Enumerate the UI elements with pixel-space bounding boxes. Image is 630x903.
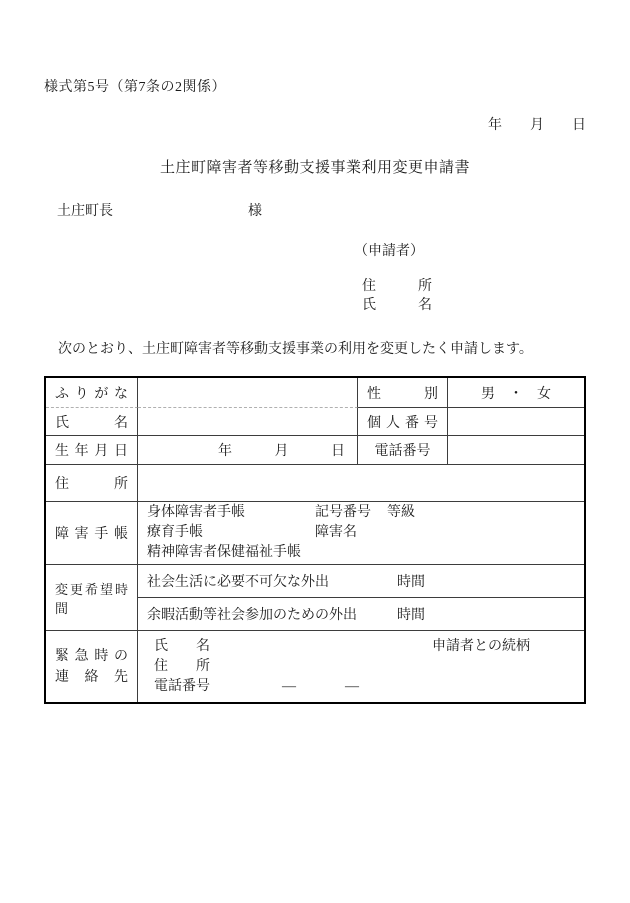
- emergency-name-line: 氏 名申請者との続柄: [154, 637, 575, 657]
- birthdate-value-cell: 年 月 日: [138, 436, 358, 465]
- hours-unit-label: 時間: [397, 571, 425, 591]
- emergency-phone-line: 電話番号――: [154, 677, 575, 697]
- birthdate-day-label: 日: [331, 440, 345, 460]
- handbook-content-cell: 身体障害者手帳記号番号等級 療育手帳障害名 精神障害者保健福祉手帳: [138, 502, 584, 565]
- hours-unit-label: 時間: [397, 604, 425, 624]
- date-month-label: 月: [530, 114, 544, 134]
- date-year-label: 年: [488, 114, 502, 134]
- emergency-content-cell: 氏 名申請者との続柄 住 所 電話番号――: [138, 631, 584, 702]
- relation-label: 申請者との続柄: [432, 637, 530, 657]
- change-hours-label-cell: 変更希望時間: [46, 565, 138, 631]
- applicant-label: （申請者）: [354, 240, 432, 260]
- addressee-honorific: 様: [248, 204, 262, 219]
- application-table: ふりがな 性別 男 ・ 女 氏名 個人番号 生年月日 年 月 日 電話番号 住所…: [44, 376, 586, 704]
- change-hours-row-leisure: 余暇活動等社会参加のための外出時間: [138, 598, 584, 631]
- applicant-name-label: 氏 名: [362, 296, 432, 315]
- handbook-row-mental: 精神障害者保健福祉手帳: [147, 543, 575, 563]
- date-line: 年 月 日: [0, 114, 586, 134]
- furigana-value-cell: [138, 378, 358, 408]
- phone-dash: ―: [345, 677, 359, 697]
- personal-number-label-cell: 個人番号: [358, 408, 448, 436]
- birthdate-year-label: 年: [218, 440, 232, 460]
- personal-number-value-cell: [448, 408, 584, 436]
- application-form-page: { "colors": { "border": "#000000", "text…: [0, 0, 630, 903]
- handbook-row-rehab: 療育手帳障害名: [147, 523, 575, 543]
- address-value-cell: [138, 465, 584, 502]
- form-number: 様式第5号（第7条の2関係）: [44, 76, 226, 96]
- birthdate-label-cell: 生年月日: [46, 436, 138, 465]
- phone-label-cell: 電話番号: [358, 436, 448, 465]
- phone-value-cell: [448, 436, 584, 465]
- application-statement: 次のとおり、土庄町障害者等移動支援事業の利用を変更したく申請します。: [44, 338, 589, 358]
- handbook-label-cell: 障害手帳: [46, 502, 138, 565]
- emergency-address-line: 住 所: [154, 657, 575, 677]
- addressee-name: 土庄町長: [57, 204, 113, 219]
- phone-dash: ―: [282, 677, 296, 697]
- addressee-line: 土庄町長様: [57, 200, 262, 220]
- gender-value-cell: 男 ・ 女: [448, 378, 584, 408]
- name-value-cell: [138, 408, 358, 436]
- change-hours-row-essential: 社会生活に必要不可欠な外出時間: [138, 565, 584, 598]
- gender-label-cell: 性別: [358, 378, 448, 408]
- applicant-address-label: 住 所: [362, 277, 432, 296]
- date-day-label: 日: [572, 114, 586, 134]
- page-title: 土庄町障害者等移動支援事業利用変更申請書: [0, 156, 630, 177]
- handbook-row-physical: 身体障害者手帳記号番号等級: [147, 503, 575, 523]
- name-label-cell: 氏名: [46, 408, 138, 436]
- emergency-label-cell: 緊急時の 連絡先: [46, 631, 138, 702]
- address-label-cell: 住所: [46, 465, 138, 502]
- applicant-block: （申請者） 住 所 氏 名: [354, 240, 432, 315]
- birthdate-month-label: 月: [275, 440, 289, 460]
- furigana-label-cell: ふりがな: [46, 378, 138, 408]
